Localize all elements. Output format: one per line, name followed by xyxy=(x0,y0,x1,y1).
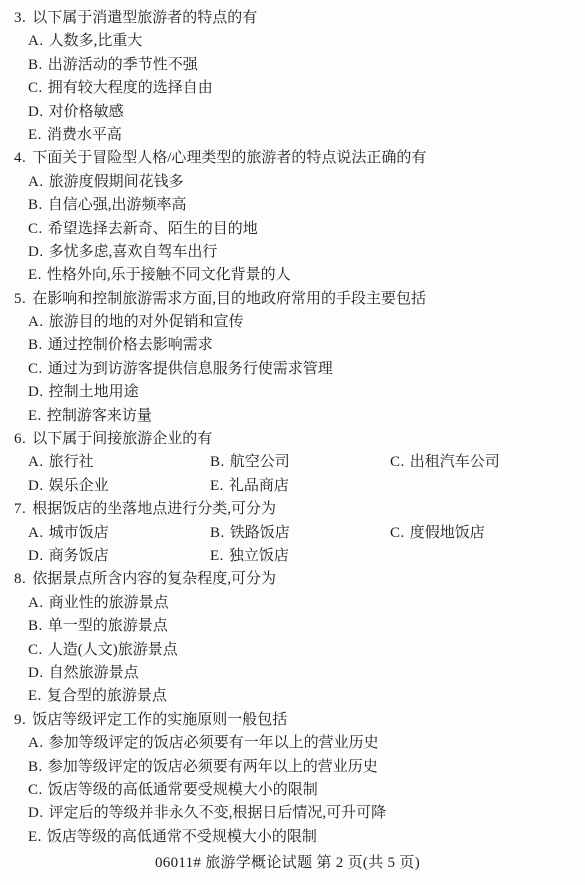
option-text: 商业性的旅游景点 xyxy=(49,595,169,611)
option-text: 对价格敏感 xyxy=(49,104,124,120)
option-text: 通过控制价格去影响需求 xyxy=(48,337,213,353)
option-text: 性格外向,乐于接触不同文化背景的人 xyxy=(47,267,291,283)
option-label: A. xyxy=(28,174,44,190)
exam-page: 3.以下属于消遣型旅游者的特点的有 A.人数多,比重大 B.出游活动的季节性不强… xyxy=(0,0,585,885)
question-block-7: 7.根据饭店的坐落地点进行分类,可分为 A.城市饭店B.铁路饭店C.度假地饭店 … xyxy=(0,498,585,568)
option-label: A. xyxy=(28,454,44,470)
option-text: 出租汽车公司 xyxy=(410,454,500,470)
question-stem: 以下属于消遣型旅游者的特点的有 xyxy=(32,10,257,26)
question-stem: 以下属于间接旅游企业的有 xyxy=(32,431,212,447)
option-text: 消费水平高 xyxy=(47,127,122,143)
option-label: B. xyxy=(210,525,225,541)
option: D.娱乐企业 xyxy=(28,475,210,498)
option-text: 饭店等级的高低通常不受规模大小的限制 xyxy=(47,829,317,845)
option: B.出游活动的季节性不强 xyxy=(0,54,585,77)
option-row: A.城市饭店B.铁路饭店C.度假地饭店 xyxy=(0,522,585,545)
option-text: 复合型的旅游景点 xyxy=(47,688,167,704)
page-footer: 06011# 旅游学概论试题 第 2 页(共 5 页) xyxy=(0,851,575,872)
question-number: 8. xyxy=(14,571,26,587)
option-label: A. xyxy=(28,595,44,611)
option-text: 单一型的旅游景点 xyxy=(48,618,168,634)
option: B.参加等级评定的饭店必须要有两年以上的营业历史 xyxy=(0,756,585,779)
option-label: D. xyxy=(28,104,44,120)
question-number: 7. xyxy=(14,501,26,517)
option: C.希望选择去新奇、陌生的目的地 xyxy=(0,218,585,241)
option: D.多忧多虑,喜欢自驾车出行 xyxy=(0,241,585,264)
option: E.消费水平高 xyxy=(0,124,585,147)
option-text: 旅游目的地的对外促销和宣传 xyxy=(49,314,244,330)
option-label: E. xyxy=(28,267,42,283)
option-text: 自信心强,出游频率高 xyxy=(48,197,187,213)
option-label: C. xyxy=(28,80,43,96)
option-label: E. xyxy=(28,408,42,424)
option-row: A.旅行社B.航空公司C.出租汽车公司 xyxy=(0,451,585,474)
option-text: 城市饭店 xyxy=(49,525,109,541)
question-block-8: 8.依据景点所含内容的复杂程度,可分为 A.商业性的旅游景点 B.单一型的旅游景… xyxy=(0,568,585,708)
question-stem: 根据饭店的坐落地点进行分类,可分为 xyxy=(32,501,276,517)
option-row: D.商务饭店E.独立饭店 xyxy=(0,545,585,568)
option-text: 人造(人文)旅游景点 xyxy=(48,642,178,658)
option-text: 控制游客来访量 xyxy=(47,408,152,424)
option-label: A. xyxy=(28,33,44,49)
option: D.对价格敏感 xyxy=(0,101,585,124)
question-stem: 依据景点所含内容的复杂程度,可分为 xyxy=(32,571,276,587)
option: B.自信心强,出游频率高 xyxy=(0,194,585,217)
option-label: B. xyxy=(28,57,43,73)
option-label: A. xyxy=(28,525,44,541)
question-number: 6. xyxy=(14,431,26,447)
option: E.性格外向,乐于接触不同文化背景的人 xyxy=(0,264,585,287)
option-label: B. xyxy=(28,759,43,775)
option-text: 多忧多虑,喜欢自驾车出行 xyxy=(49,244,218,260)
option: E.控制游客来访量 xyxy=(0,405,585,428)
option-label: E. xyxy=(28,127,42,143)
option: B.单一型的旅游景点 xyxy=(0,615,585,638)
option-text: 出游活动的季节性不强 xyxy=(48,57,198,73)
option: C.拥有较大程度的选择自由 xyxy=(0,77,585,100)
option-text: 通过为到访游客提供信息服务行使需求管理 xyxy=(48,361,333,377)
option-label: C. xyxy=(390,454,405,470)
question-number: 9. xyxy=(14,712,26,728)
option-label: B. xyxy=(28,337,43,353)
option: E.饭店等级的高低通常不受规模大小的限制 xyxy=(0,826,585,849)
option-text: 希望选择去新奇、陌生的目的地 xyxy=(48,221,258,237)
question-block-6: 6.以下属于间接旅游企业的有 A.旅行社B.航空公司C.出租汽车公司 D.娱乐企… xyxy=(0,428,585,498)
option-label: E. xyxy=(28,829,42,845)
option: E.独立饭店 xyxy=(210,545,390,568)
option-text: 铁路饭店 xyxy=(230,525,290,541)
question-block-9: 9.饭店等级评定工作的实施原则一般包括 A.参加等级评定的饭店必须要有一年以上的… xyxy=(0,709,585,849)
option-text: 评定后的等级并非永久不变,根据日后情况,可升可降 xyxy=(49,805,387,821)
option: A.旅行社 xyxy=(28,451,210,474)
option-label: C. xyxy=(390,525,405,541)
question-stem: 在影响和控制旅游需求方面,目的地政府常用的手段主要包括 xyxy=(32,291,426,307)
question-number: 3. xyxy=(14,10,26,26)
question-number: 5. xyxy=(14,291,26,307)
option-label: C. xyxy=(28,221,43,237)
option: A.参加等级评定的饭店必须要有一年以上的营业历史 xyxy=(0,732,585,755)
exam-content: 3.以下属于消遣型旅游者的特点的有 A.人数多,比重大 B.出游活动的季节性不强… xyxy=(0,0,585,849)
option-text: 人数多,比重大 xyxy=(49,33,143,49)
option-label: B. xyxy=(210,454,225,470)
option-label: C. xyxy=(28,782,43,798)
option: A.商业性的旅游景点 xyxy=(0,592,585,615)
question-number: 4. xyxy=(14,150,26,166)
option: C.人造(人文)旅游景点 xyxy=(0,639,585,662)
option-label: D. xyxy=(28,478,44,494)
option: E.礼品商店 xyxy=(210,475,390,498)
option-label: D. xyxy=(28,665,44,681)
option: B.通过控制价格去影响需求 xyxy=(0,334,585,357)
option-text: 参加等级评定的饭店必须要有一年以上的营业历史 xyxy=(49,735,379,751)
option: A.城市饭店 xyxy=(28,522,210,545)
option-text: 参加等级评定的饭店必须要有两年以上的营业历史 xyxy=(48,759,378,775)
option: A.人数多,比重大 xyxy=(0,30,585,53)
option-text: 商务饭店 xyxy=(49,548,109,564)
option-label: E. xyxy=(210,478,224,494)
option: D.评定后的等级并非永久不变,根据日后情况,可升可降 xyxy=(0,802,585,825)
option-label: E. xyxy=(210,548,224,564)
option-text: 航空公司 xyxy=(230,454,290,470)
option-label: B. xyxy=(28,197,43,213)
option: D.商务饭店 xyxy=(28,545,210,568)
option-text: 控制土地用途 xyxy=(49,384,139,400)
option-text: 旅行社 xyxy=(49,454,94,470)
option-label: C. xyxy=(28,642,43,658)
option-text: 娱乐企业 xyxy=(49,478,109,494)
option: D.自然旅游景点 xyxy=(0,662,585,685)
question-stem: 下面关于冒险型人格/心理类型的旅游者的特点说法正确的有 xyxy=(32,150,426,166)
option-label: E. xyxy=(28,688,42,704)
question-block-3: 3.以下属于消遣型旅游者的特点的有 A.人数多,比重大 B.出游活动的季节性不强… xyxy=(0,7,585,147)
option: B.铁路饭店 xyxy=(210,522,390,545)
option-label: D. xyxy=(28,384,44,400)
question-block-5: 5.在影响和控制旅游需求方面,目的地政府常用的手段主要包括 A.旅游目的地的对外… xyxy=(0,288,585,428)
option-label: D. xyxy=(28,548,44,564)
question-stem: 饭店等级评定工作的实施原则一般包括 xyxy=(32,712,287,728)
option-label: A. xyxy=(28,735,44,751)
option: B.航空公司 xyxy=(210,451,390,474)
option: E.复合型的旅游景点 xyxy=(0,685,585,708)
question-block-4: 4.下面关于冒险型人格/心理类型的旅游者的特点说法正确的有 A.旅游度假期间花钱… xyxy=(0,147,585,287)
option-text: 独立饭店 xyxy=(229,548,289,564)
option-text: 礼品商店 xyxy=(229,478,289,494)
option: C.出租汽车公司 xyxy=(390,451,500,474)
option-text: 度假地饭店 xyxy=(410,525,485,541)
option-label: C. xyxy=(28,361,43,377)
option: C.通过为到访游客提供信息服务行使需求管理 xyxy=(0,358,585,381)
option-text: 旅游度假期间花钱多 xyxy=(49,174,184,190)
option-text: 自然旅游景点 xyxy=(49,665,139,681)
option-text: 饭店等级的高低通常要受规模大小的限制 xyxy=(48,782,318,798)
option-label: D. xyxy=(28,805,44,821)
option: C.度假地饭店 xyxy=(390,522,485,545)
option-label: A. xyxy=(28,314,44,330)
option: A.旅游目的地的对外促销和宣传 xyxy=(0,311,585,334)
option-row: D.娱乐企业E.礼品商店 xyxy=(0,475,585,498)
option-label: B. xyxy=(28,618,43,634)
option: A.旅游度假期间花钱多 xyxy=(0,171,585,194)
option-text: 拥有较大程度的选择自由 xyxy=(48,80,213,96)
option-label: D. xyxy=(28,244,44,260)
option: D.控制土地用途 xyxy=(0,381,585,404)
option: C.饭店等级的高低通常要受规模大小的限制 xyxy=(0,779,585,802)
